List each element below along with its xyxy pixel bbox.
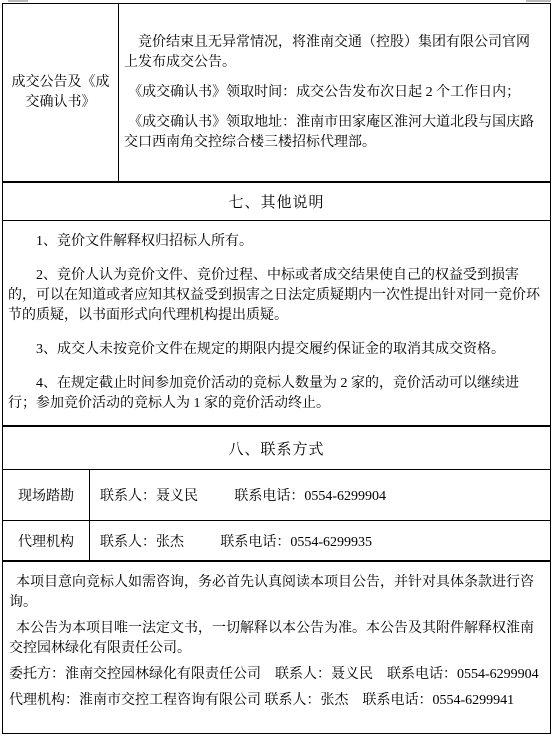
other-notes-item-2: 2、竞价人认为竞价文件、竞价过程、中标或者成交结果使自己的权益受到损害的，可以在…	[8, 266, 542, 326]
agency-phone: 联系电话：0554-6299935	[220, 531, 372, 551]
document-page: 成交公告及《成交确认书》 竞价结束且无异常情况，将淮南交通（控股）集团有限公司官…	[0, 0, 554, 738]
contact-row-agency: 代理机构 联系人：张杰 联系电话：0554-6299935	[3, 520, 550, 560]
top-left-border-fragment	[8, 0, 28, 2]
notice-announcement-row: 成交公告及《成交确认书》 竞价结束且无异常情况，将淮南交通（控股）集团有限公司官…	[3, 4, 550, 181]
other-notes-title: 七、其他说明	[228, 191, 324, 212]
section-header-other-notes: 七、其他说明	[3, 181, 550, 220]
site-survey-label: 现场踏勘	[3, 470, 90, 520]
top-right-border-fragment	[526, 0, 551, 2]
notice-content-cell: 竞价结束且无异常情况，将淮南交通（控股）集团有限公司官网上发布成交公告。 《成交…	[119, 4, 550, 181]
agency-person: 联系人：张杰	[100, 531, 184, 551]
notice-paragraph-pickup-address: 《成交确认书》领取地址：淮南市田家庵区淮河大道北段与国庆路交口西南角交控综合楼三…	[124, 113, 542, 153]
footer-paragraph-legal: 本公告为本项目唯一法定文书，一切解释以本公告为准。本公告及其附件解释权淮南交控园…	[9, 619, 544, 659]
footer-client-line: 委托方：淮南交控园林绿化有限责任公司 联系人：聂义民 联系电话：0554-629…	[9, 665, 544, 685]
section-header-contact: 八、联系方式	[3, 425, 550, 469]
other-notes-item-4: 4、在规定截止时间参加竞价活动的竞标人数量为 2 家的，竞价活动可以继续进行；参…	[8, 374, 542, 414]
agency-detail: 联系人：张杰 联系电话：0554-6299935	[90, 521, 550, 560]
site-survey-detail: 联系人：聂义民 联系电话：0554-6299904	[90, 470, 550, 520]
notice-label-text: 成交公告及《成交确认书》	[11, 73, 111, 113]
notice-paragraph-pickup-time: 《成交确认书》领取时间：成交公告发布次日起 2 个工作日内；	[124, 83, 542, 103]
footer-agency-line: 代理机构：淮南市交控工程咨询有限公司 联系人：张杰 联系电话：0554-6299…	[9, 691, 544, 711]
agency-label: 代理机构	[3, 521, 90, 560]
contact-row-site-survey: 现场踏勘 联系人：聂义民 联系电话：0554-6299904	[3, 469, 550, 520]
contact-title: 八、联系方式	[228, 438, 324, 459]
footer-paragraph-consult: 本项目意向竞标人如需咨询，务必首先认真阅读本项目公告，并针对具体条款进行咨询。	[9, 573, 544, 613]
site-survey-phone: 联系电话：0554-6299904	[234, 485, 386, 505]
site-survey-person: 联系人：聂义民	[100, 485, 198, 505]
footer-cell: 本项目意向竞标人如需咨询，务必首先认真阅读本项目公告，并针对具体条款进行咨询。 …	[3, 560, 550, 733]
other-notes-item-1: 1、竞价文件解释权归招标人所有。	[8, 232, 542, 252]
notice-label-cell: 成交公告及《成交确认书》	[3, 4, 119, 181]
other-notes-item-3: 3、成交人未按竞价文件在规定的期限内提交履约保证金的取消其成交资格。	[8, 340, 542, 360]
notice-paragraph-publish: 竞价结束且无异常情况，将淮南交通（控股）集团有限公司官网上发布成交公告。	[124, 33, 542, 73]
notice-table: 成交公告及《成交确认书》 竞价结束且无异常情况，将淮南交通（控股）集团有限公司官…	[2, 3, 551, 734]
other-notes-cell: 1、竞价文件解释权归招标人所有。 2、竞价人认为竞价文件、竞价过程、中标或者成交…	[3, 220, 550, 425]
